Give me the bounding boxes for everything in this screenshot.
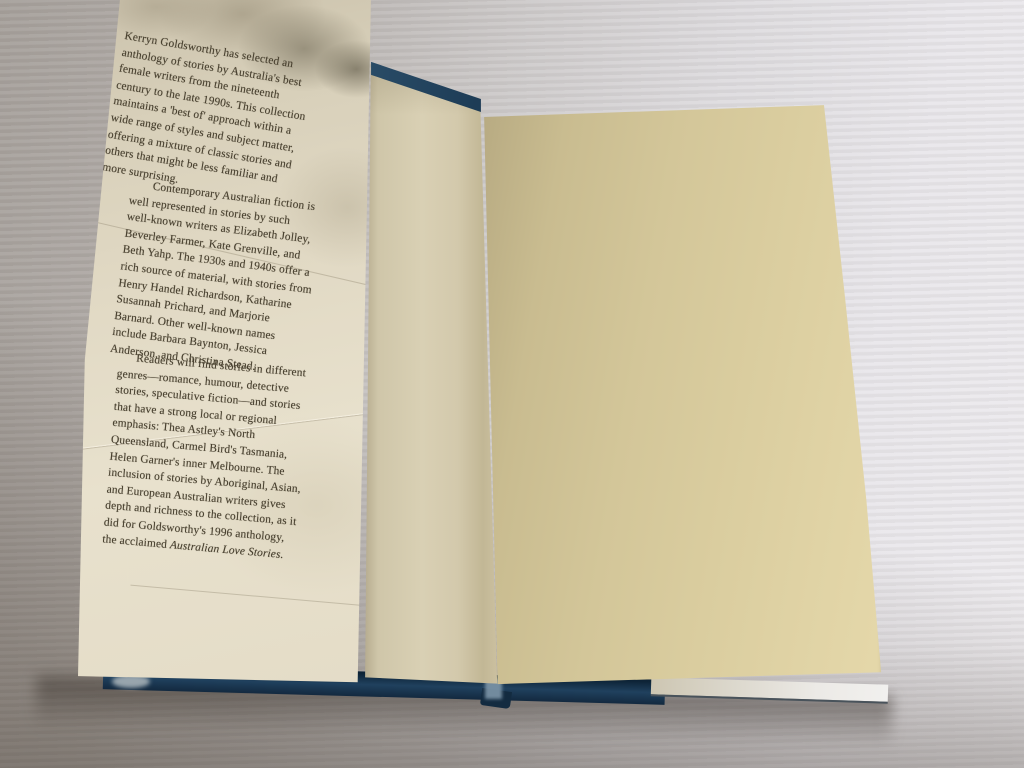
endpaper-page	[358, 58, 500, 690]
paper-crease	[130, 585, 389, 609]
flap-blurb-paragraph-3: Readers will find stories in different g…	[102, 349, 339, 567]
flap-blurb-last-line-prefix: the acclaimed	[102, 533, 171, 551]
flap-blurb-paragraph-3-text: Readers will find stories in different g…	[103, 349, 338, 550]
book-photo: Kerryn Goldsworthy has selected an antho…	[0, 0, 1024, 768]
blank-right-page	[478, 98, 886, 690]
dust-jacket-flap: Kerryn Goldsworthy has selected an antho…	[70, 0, 378, 692]
